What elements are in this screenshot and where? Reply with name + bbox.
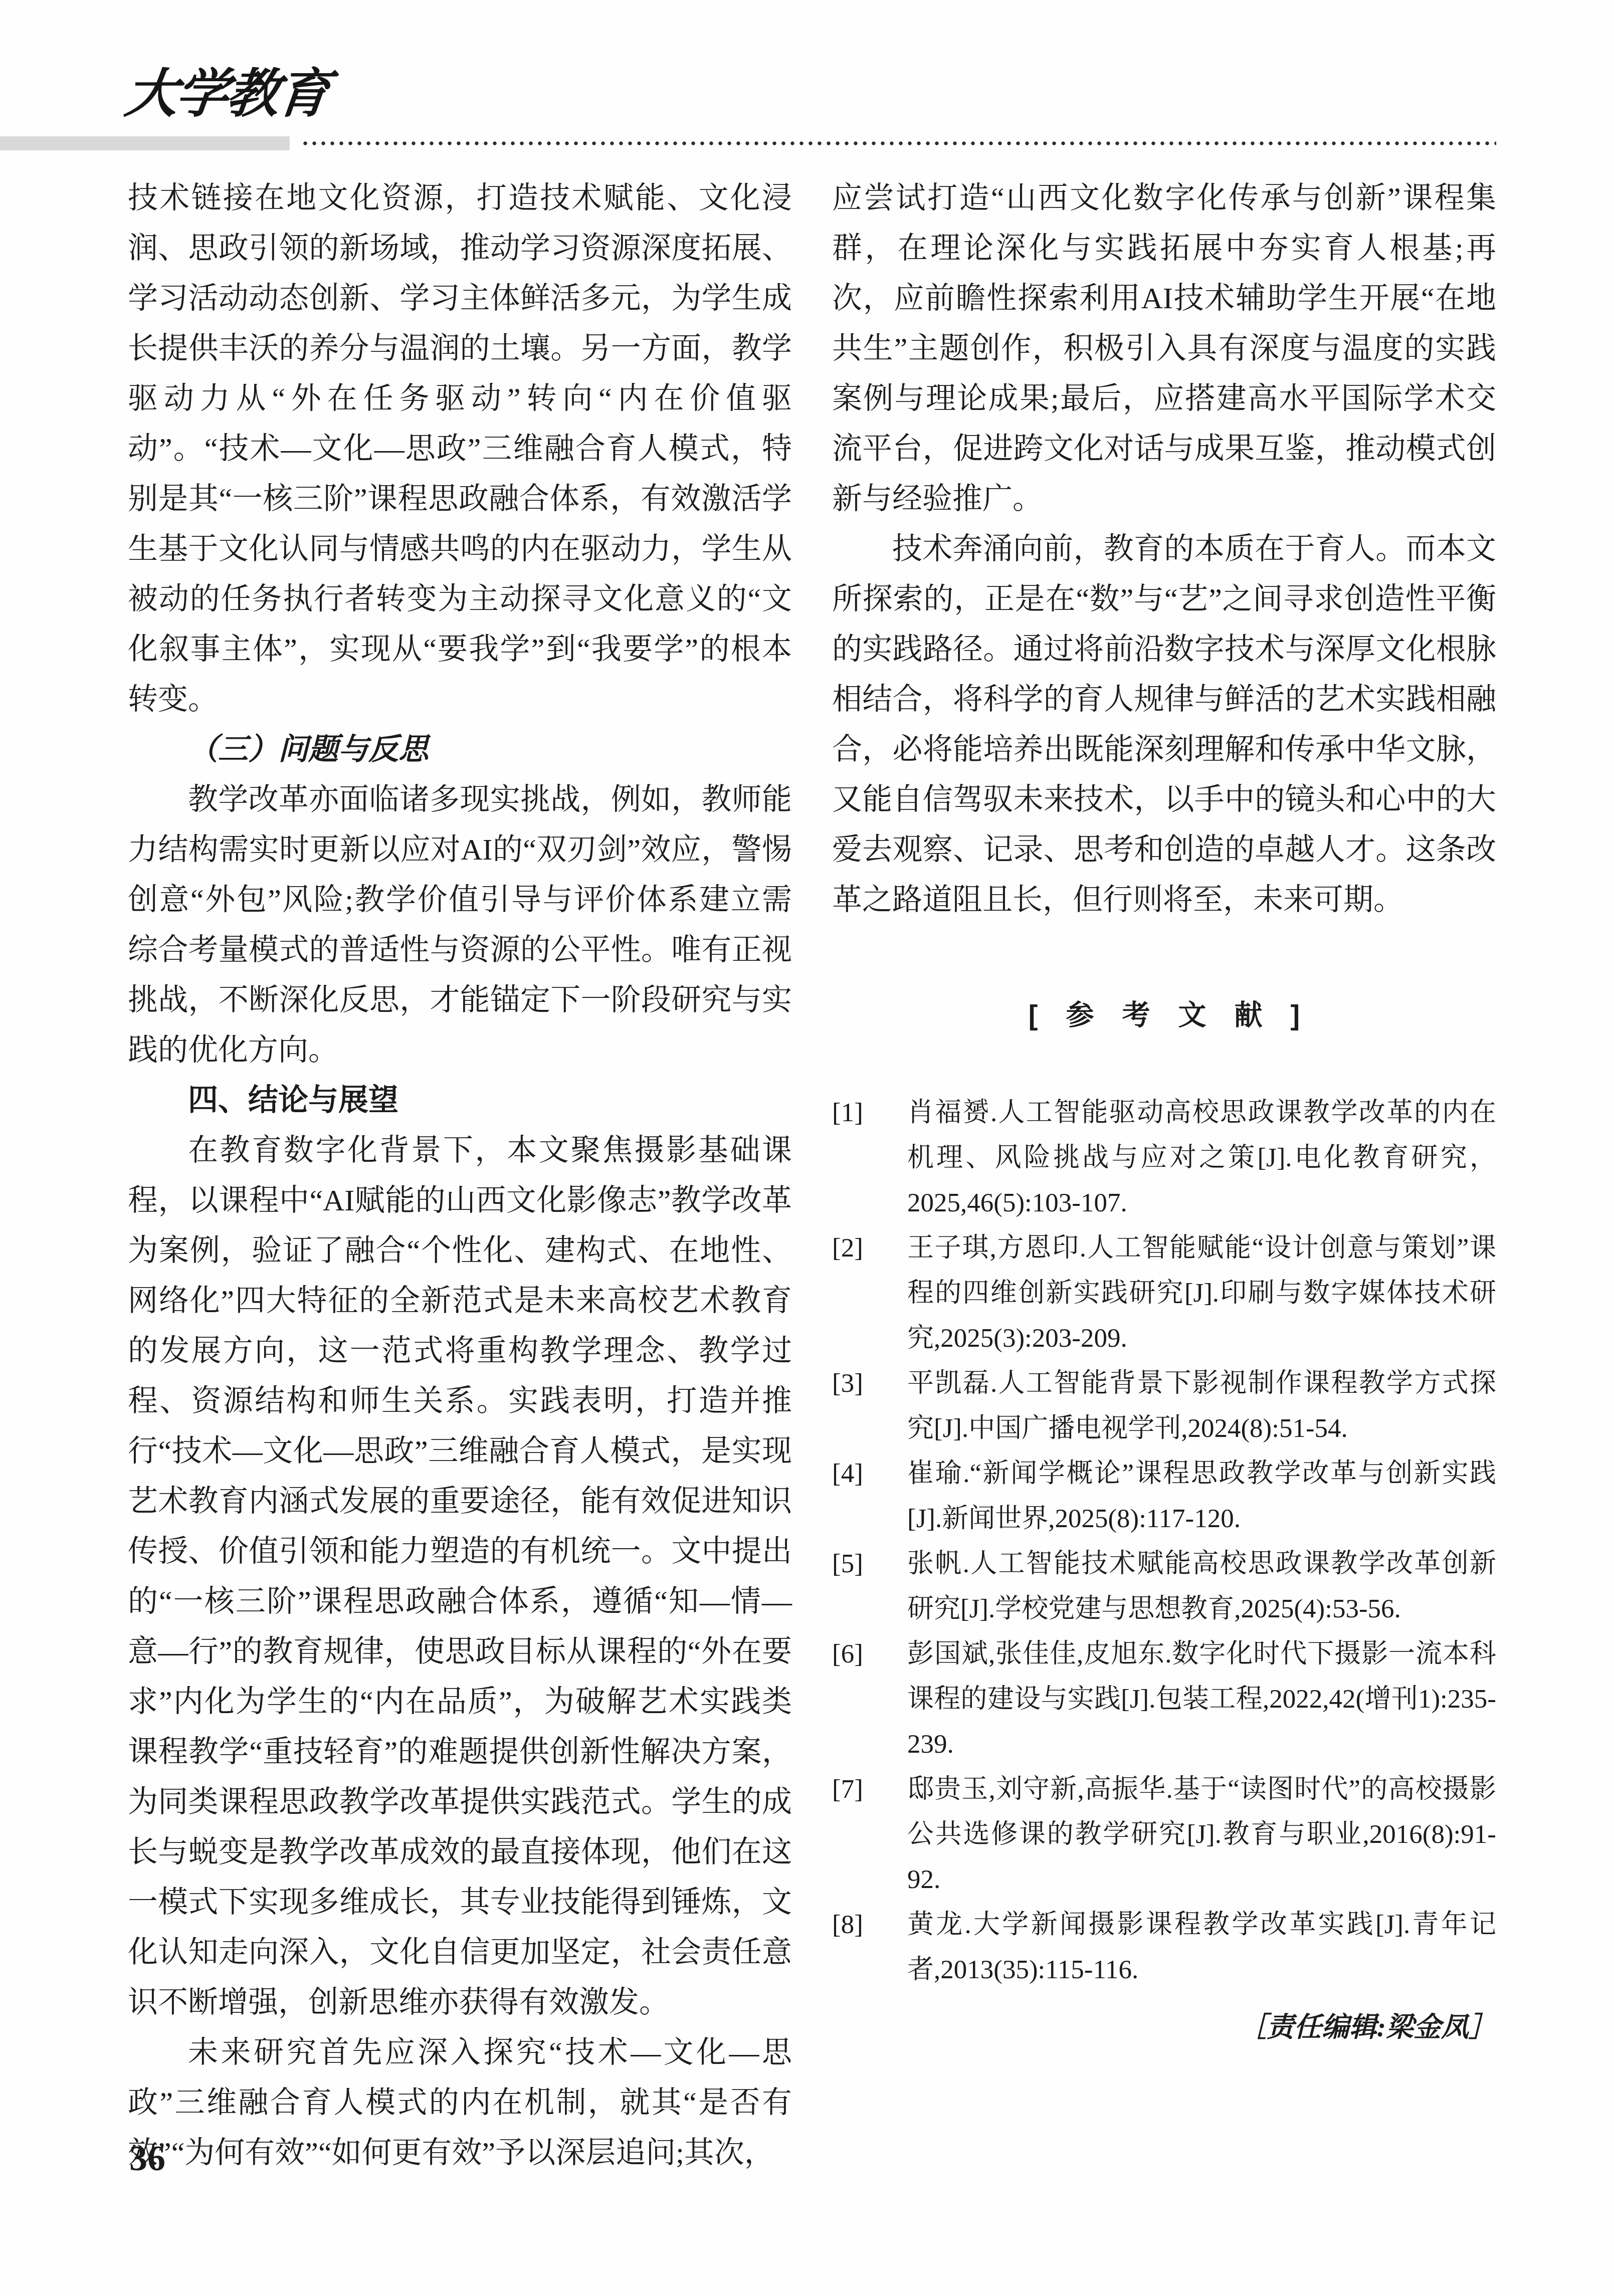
references-heading: [ 参 考 文 献 ] [832, 990, 1496, 1040]
reference-item: [5]张帆.人工智能技术赋能高校思政课教学改革创新研究[J].学校党建与思想教育… [832, 1541, 1496, 1631]
reference-item: [4]崔瑜.“新闻学概论”课程思政教学改革与创新实践[J].新闻世界,2025(… [832, 1451, 1496, 1541]
reference-number: [1] [832, 1090, 863, 1135]
reference-text: 张帆.人工智能技术赋能高校思政课教学改革创新研究[J].学校党建与思想教育,20… [907, 1549, 1496, 1623]
reference-number: [2] [832, 1225, 863, 1271]
reference-item: [8]黄龙.大学新闻摄影课程教学改革实践[J].青年记者,2013(35):11… [832, 1902, 1496, 1992]
reference-text: 平凯磊.人工智能背景下影视制作课程教学方式探究[J].中国广播电视学刊,2024… [907, 1369, 1496, 1443]
page-number: 36 [129, 2138, 165, 2179]
reference-text: 王子琪,方恩印.人工智能赋能“设计创意与策划”课程的四维创新实践研究[J].印刷… [907, 1233, 1496, 1353]
reference-text: 黄龙.大学新闻摄影课程教学改革实践[J].青年记者,2013(35):115-1… [907, 1910, 1496, 1984]
reference-text: 崔瑜.“新闻学概论”课程思政教学改革与创新实践[J].新闻世界,2025(8):… [907, 1459, 1496, 1533]
paragraph: 技术奔涌向前，教育的本质在于育人。而本文所探索的，正是在“数”与“艺”之间寻求创… [832, 524, 1496, 925]
reference-text: 彭国斌,张佳佳,皮旭东.数字化时代下摄影一流本科课程的建设与实践[J].包装工程… [907, 1639, 1496, 1759]
header-gray-rule [0, 136, 290, 150]
reference-number: [3] [832, 1361, 863, 1406]
paragraph: 在教育数字化背景下，本文聚焦摄影基础课程，以课程中“AI赋能的山西文化影像志”教… [128, 1125, 792, 2027]
left-column: 技术链接在地文化资源，打造技术赋能、文化浸润、思政引领的新场域，推动学习资源深度… [128, 173, 792, 2178]
references-list: [1]肖福赟.人工智能驱动高校思政课教学改革的内在机理、风险挑战与应对之策[J]… [832, 1090, 1496, 1992]
reference-item: [3]平凯磊.人工智能背景下影视制作课程教学方式探究[J].中国广播电视学刊,2… [832, 1361, 1496, 1451]
reference-number: [4] [832, 1451, 863, 1496]
reference-number: [6] [832, 1631, 863, 1677]
right-column: 应尝试打造“山西文化数字化传承与创新”课程集群，在理论深化与实践拓展中夯实育人根… [832, 173, 1496, 2178]
journal-page: 大学教育 技术链接在地文化资源，打造技术赋能、文化浸润、思政引领的新场域，推动学… [0, 0, 1614, 2296]
reference-text: 肖福赟.人工智能驱动高校思政课教学改革的内在机理、风险挑战与应对之策[J].电化… [907, 1098, 1496, 1217]
paragraph: 应尝试打造“山西文化数字化传承与创新”课程集群，在理论深化与实践拓展中夯实育人根… [832, 173, 1496, 524]
reference-item: [7]邸贵玉,刘守新,高振华.基于“读图时代”的高校摄影公共选修课的教学研究[J… [832, 1767, 1496, 1902]
reference-item: [2]王子琪,方恩印.人工智能赋能“设计创意与策划”课程的四维创新实践研究[J]… [832, 1225, 1496, 1361]
reference-number: [8] [832, 1902, 863, 1947]
reference-number: [5] [832, 1541, 863, 1586]
paragraph: 技术链接在地文化资源，打造技术赋能、文化浸润、思政引领的新场域，推动学习资源深度… [128, 173, 792, 724]
reference-item: [6]彭国斌,张佳佳,皮旭东.数字化时代下摄影一流本科课程的建设与实践[J].包… [832, 1631, 1496, 1767]
header-dotted-rule [301, 136, 1496, 150]
paragraph: 未来研究首先应深入探究“技术—文化—思政”三维融合育人模式的内在机制，就其“是否… [128, 2027, 792, 2178]
reference-item: [1]肖福赟.人工智能驱动高校思政课教学改革的内在机理、风险挑战与应对之策[J]… [832, 1090, 1496, 1225]
journal-logo-calligraphy: 大学教育 [122, 65, 331, 123]
section-heading: 四、结论与展望 [128, 1075, 792, 1125]
reference-number: [7] [832, 1767, 863, 1812]
reference-text: 邸贵玉,刘守新,高振华.基于“读图时代”的高校摄影公共选修课的教学研究[J].教… [907, 1775, 1496, 1894]
paragraph: 教学改革亦面临诸多现实挑战，例如，教师能力结构需实时更新以应对AI的“双刃剑”效… [128, 774, 792, 1075]
responsible-editor-note: ［责任编辑:梁金凤］ [832, 2005, 1496, 2050]
subsection-heading: （三）问题与反思 [128, 724, 792, 774]
article-body: 技术链接在地文化资源，打造技术赋能、文化浸润、思政引领的新场域，推动学习资源深度… [128, 173, 1496, 2178]
